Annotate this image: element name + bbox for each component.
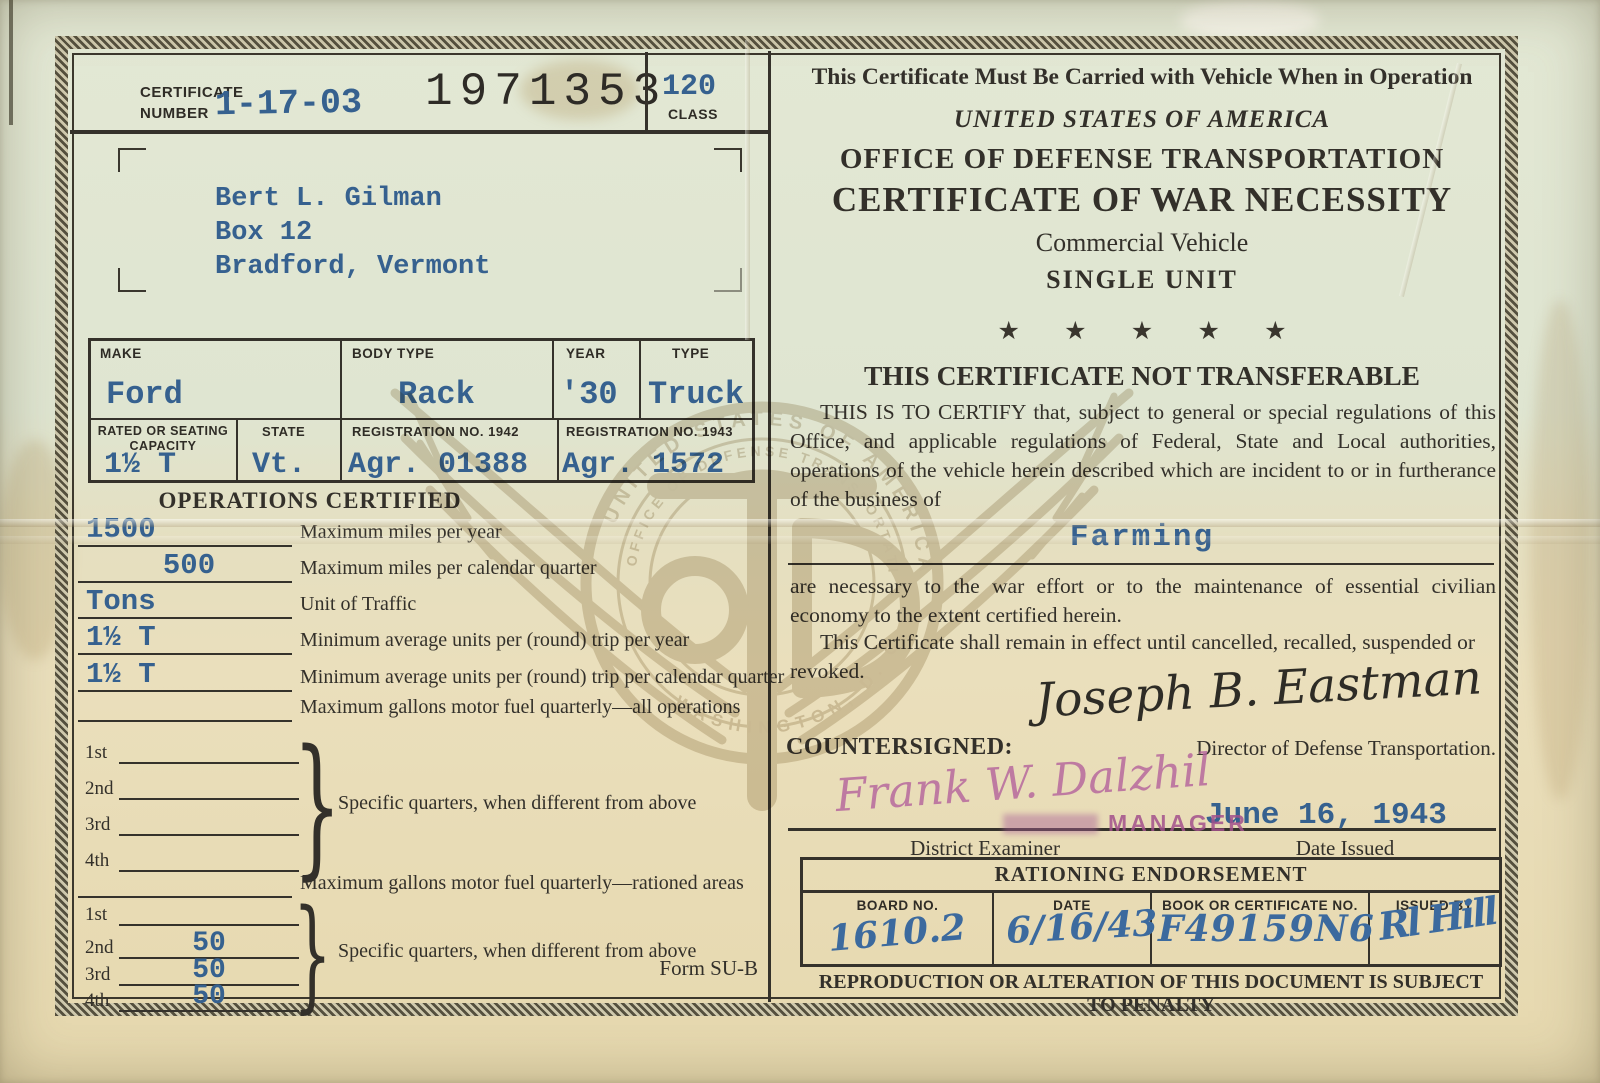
capacity-value: 1½ T [104,448,176,482]
paper-stain [1530,300,1590,800]
type-value: Truck [648,376,744,413]
quarter-value [119,924,299,926]
reg1943-value: Agr. 1572 [562,448,724,482]
paper-tear [1180,0,1320,40]
class-cell-divider [645,52,648,132]
holder-name: Bert L. Gilman [215,182,490,216]
quarter-row: 1st [85,904,299,926]
op-label: Maximum miles per year [300,521,502,547]
op-value: 1500 [78,515,292,547]
manager-stamp: MANAGER [1108,810,1248,837]
holder-address-line2: Bradford, Vermont [215,250,490,284]
operations-title: OPERATIONS CERTIFIED [80,488,540,514]
holder-address-line1: Box 12 [215,216,490,250]
certificate-row-rule [70,130,768,134]
make-value: Ford [106,376,183,413]
operations-row: Tons Unit of Traffic [78,587,416,619]
op-label: Maximum gallons motor fuel quarterly—rat… [300,872,744,898]
business-underline [788,563,1494,565]
document-title: CERTIFICATE OF WAR NECESSITY [783,180,1501,220]
vehicle-col-line [340,420,342,481]
op-value: Tons [78,587,292,619]
operations-row: 1½ T Minimum average units per (round) t… [78,623,689,655]
op-label: Minimum average units per (round) trip p… [300,629,689,655]
quarter-row: 4th [85,850,299,872]
stamp-smudge [1003,814,1098,834]
business-value: Farming [783,520,1501,555]
class-value: 120 [662,70,716,104]
country-title: UNITED STATES OF AMERICA [783,106,1501,134]
state-label: STATE [262,424,305,439]
subtitle: Commercial Vehicle [783,228,1501,258]
reg1942-label: REGISTRATION NO. 1942 [352,424,519,439]
op-label: Maximum gallons motor fuel quarterly—all… [300,696,740,722]
countersigned-label: COUNTERSIGNED: [786,734,1013,761]
op-value: 1½ T [78,660,292,692]
reg1943-label: REGISTRATION NO. 1943 [566,424,733,439]
operations-row: 500 Maximum miles per calendar quarter [78,551,597,583]
penalty-notice: REPRODUCTION OR ALTERATION OF THIS DOCUM… [803,971,1499,1017]
single-unit-label: SINGLE UNIT [783,265,1501,295]
vehicle-col-line [639,341,641,418]
op-label: Minimum average units per (round) trip p… [300,666,784,692]
quarter-value [119,762,299,764]
type-label: TYPE [672,346,709,361]
quarter-value [119,798,299,800]
stars-row: ★ ★ ★ ★ ★ [783,316,1501,346]
office-title: OFFICE OF DEFENSE TRANSPORTATION [783,143,1501,176]
address-bracket-bottom-left [118,268,146,292]
op-value [78,720,292,722]
not-transferable-title: THIS CERTIFICATE NOT TRANSFERABLE [783,360,1501,392]
reg1942-value: Agr. 01388 [348,448,528,482]
op-value [78,896,292,898]
make-label: MAKE [100,346,142,361]
quarter-row: 2nd [85,778,299,800]
operations-row: Maximum gallons motor fuel quarterly—rat… [78,872,744,898]
rationing-title: RATIONING ENDORSEMENT [800,862,1502,887]
quarters-brace: } [293,736,341,876]
body-type-value: Rack [398,376,475,413]
carry-notice: This Certificate Must Be Carried with Ve… [783,64,1501,91]
scan-edge-shadow [9,0,13,125]
quarter-row: 1st [85,742,299,764]
address-bracket-bottom-right [714,268,742,292]
date-value: 6/16/43 [1005,902,1159,952]
quarter-value: 50 [119,984,299,1012]
certificate-number-handwritten: 1-17-03 [215,83,363,126]
vehicle-col-line [552,341,554,418]
book-no-value: F49159N6 [1158,908,1375,950]
necessary-paragraph: are necessary to the war effort or to th… [790,572,1496,630]
certify-paragraph: THIS IS TO CERTIFY that, subject to gene… [790,398,1496,514]
certificate-number-stamped: 1971353 [425,66,667,118]
class-label: CLASS [668,106,718,122]
address-bracket-top-left [118,148,146,172]
quarters-caption: Specific quarters, when different from a… [338,792,696,815]
operations-row: Maximum gallons motor fuel quarterly—all… [78,696,740,722]
op-label: Maximum miles per calendar quarter [300,557,597,583]
quarter-row: 4th 50 [85,984,299,1012]
form-number: Form SU-B [610,956,758,981]
op-label: Unit of Traffic [300,593,416,619]
year-label: YEAR [566,346,606,361]
body-type-label: BODY TYPE [352,346,434,361]
address-bracket-top-right [714,148,742,172]
certificate-document: { "certificate_box": { "label_line1": "C… [0,0,1600,1083]
year-value: '30 [560,376,618,413]
vehicle-col-line [236,420,238,481]
operations-row: 1500 Maximum miles per year [78,515,502,547]
vehicle-table-row-divider [88,418,755,420]
holder-address: Bert L. Gilman Box 12 Bradford, Vermont [215,182,490,284]
quarter-value [119,834,299,836]
quarter-row: 3rd [85,814,299,836]
op-value: 1½ T [78,623,292,655]
vehicle-col-line [557,420,559,481]
state-value: Vt. [252,448,306,482]
column-divider [768,51,771,1002]
vehicle-col-line [340,341,342,418]
operations-row: 1½ T Minimum average units per (round) t… [78,660,784,692]
op-value: 500 [78,551,292,583]
quarters-brace: } [293,898,332,1010]
